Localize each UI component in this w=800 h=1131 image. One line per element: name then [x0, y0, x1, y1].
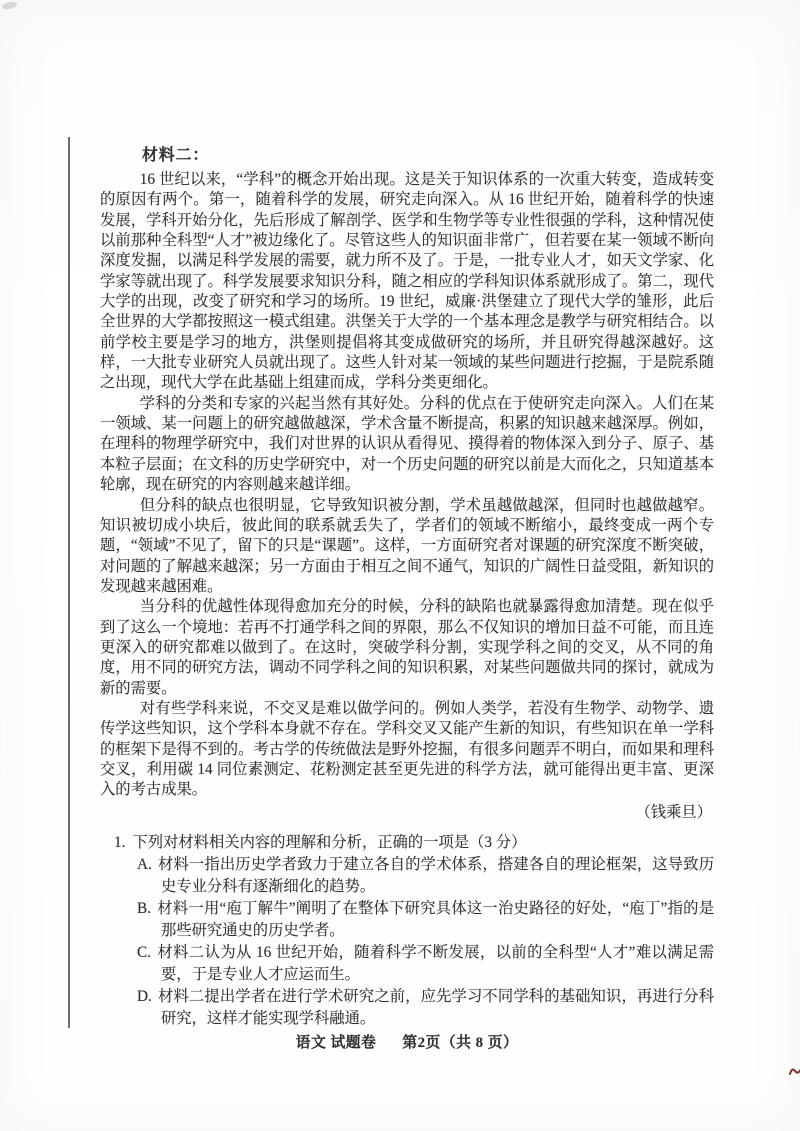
option-a-text: 材料一指出历史学者致力于建立各自的学术体系，搭建各自的理论框架，这导致历史专业分… [158, 856, 714, 895]
option-d-text: 材料二提出学者在进行学术研究之前，应先学习不同学科的基础知识，再进行分科研究，这… [158, 988, 714, 1027]
option-d: D.材料二提出学者在进行学术研究之前，应先学习不同学科的基础知识，再进行分科研究… [137, 986, 714, 1030]
question-stem-text: 下列对材料相关内容的理解和分析，正确的一项是（3 分） [132, 834, 526, 851]
material-paragraph: 当分科的优越性体现得愈加充分的时候，分科的缺陷也就暴露得愈加清楚。现在似乎到了这… [100, 597, 714, 699]
material-paragraph: 但分科的缺点也很明显，它导致知识被分割，学术虽越做越深，但同时也越做越窄。知识被… [100, 496, 714, 598]
question-number: 1. [114, 834, 125, 851]
material-paragraph: 16 世纪以来，“学科”的概念开始出现。这是关于知识体系的一次重大转变，造成转变… [100, 170, 714, 394]
option-c: C.材料二认为从 16 世纪开始，随着科学不断发展，以前的全科型“人才”难以满足… [137, 942, 714, 986]
option-a-label: A. [137, 856, 152, 873]
question-1: 1.下列对材料相关内容的理解和分析，正确的一项是（3 分） A.材料一指出历史学… [100, 832, 714, 1030]
option-b-text: 材料一用“庖丁解牛”阐明了在整体下研究具体这一治史路径的好处，“庖丁”指的是那些… [157, 900, 714, 939]
footer-subject: 语文 试题卷 [296, 1035, 377, 1051]
scanned-exam-page: 材料二： 16 世纪以来，“学科”的概念开始出现。这是关于知识体系的一次重大转变… [0, 0, 800, 1131]
material-paragraph: 对有些学科来说，不交叉是难以做学问的。例如人类学，若没有生物学、动物学、遗传学这… [100, 699, 714, 801]
footer-page-number: 第2页（共 8 页） [402, 1035, 518, 1051]
material-heading: 材料二： [142, 145, 714, 167]
option-d-label: D. [137, 988, 152, 1005]
question-stem: 1.下列对材料相关内容的理解和分析，正确的一项是（3 分） [114, 832, 714, 854]
scan-speck [1, 1, 17, 11]
option-c-label: C. [137, 944, 151, 961]
option-c-text: 材料二认为从 16 世纪开始，随着科学不断发展，以前的全科型“人才”难以满足需要… [157, 944, 714, 983]
attribution: （钱乘旦） [100, 803, 714, 823]
page-fold-line [68, 137, 70, 1028]
material-paragraph: 学科的分类和专家的兴起当然有其好处。分科的优点在于使研究走向深入。人们在某一领域… [100, 394, 714, 496]
page-footer: 语文 试题卷第2页（共 8 页） [100, 1031, 714, 1052]
option-a: A.材料一指出历史学者致力于建立各自的学术体系，搭建各自的理论框架，这导致历史专… [137, 854, 714, 898]
page-content: 材料二： 16 世纪以来，“学科”的概念开始出现。这是关于知识体系的一次重大转变… [100, 145, 714, 1030]
red-pen-mark [788, 1064, 800, 1078]
option-b-label: B. [137, 900, 151, 917]
option-b: B.材料一用“庖丁解牛”阐明了在整体下研究具体这一治史路径的好处，“庖丁”指的是… [137, 898, 714, 942]
